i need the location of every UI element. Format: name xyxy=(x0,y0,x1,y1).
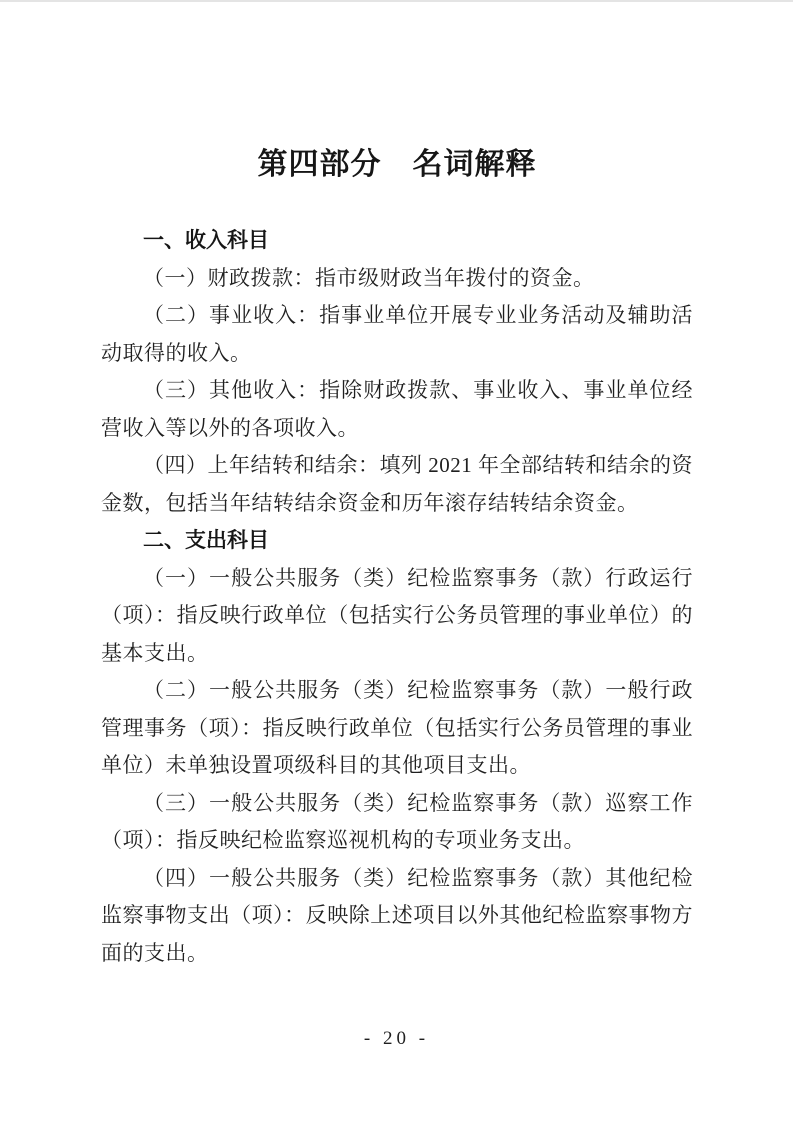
document-content: 第四部分 名词解释 一、收入科目 （一）财政拨款：指市级财政当年拨付的资金。 （… xyxy=(101,143,693,972)
paragraph-income-1: （一）财政拨款：指市级财政当年拨付的资金。 xyxy=(101,260,693,298)
paragraph-income-3: （三）其他收入：指除财政拨款、事业收入、事业单位经营收入等以外的各项收入。 xyxy=(101,372,693,447)
section-heading-income: 一、收入科目 xyxy=(101,222,693,260)
paragraph-expenditure-4: （四）一般公共服务（类）纪检监察事务（款）其他纪检监察事物支出（项）：反映除上述… xyxy=(101,860,693,973)
paragraph-expenditure-2: （二）一般公共服务（类）纪检监察事务（款）一般行政管理事务（项）：指反映行政单位… xyxy=(101,672,693,785)
document-title: 第四部分 名词解释 xyxy=(101,143,693,187)
section-heading-expenditure: 二、支出科目 xyxy=(101,522,693,560)
page-number: - 20 - xyxy=(0,1028,793,1050)
paragraph-income-2: （二）事业收入：指事业单位开展专业业务活动及辅助活动取得的收入。 xyxy=(101,297,693,372)
paragraph-expenditure-1: （一）一般公共服务（类）纪检监察事务（款）行政运行（项）：指反映行政单位（包括实… xyxy=(101,560,693,673)
paragraph-income-4: （四）上年结转和结余：填列 2021 年全部结转和结余的资金数，包括当年结转结余… xyxy=(101,447,693,522)
document-page: 第四部分 名词解释 一、收入科目 （一）财政拨款：指市级财政当年拨付的资金。 （… xyxy=(0,0,793,1122)
paragraph-expenditure-3: （三）一般公共服务（类）纪检监察事务（款）巡察工作（项）：指反映纪检监察巡视机构… xyxy=(101,785,693,860)
